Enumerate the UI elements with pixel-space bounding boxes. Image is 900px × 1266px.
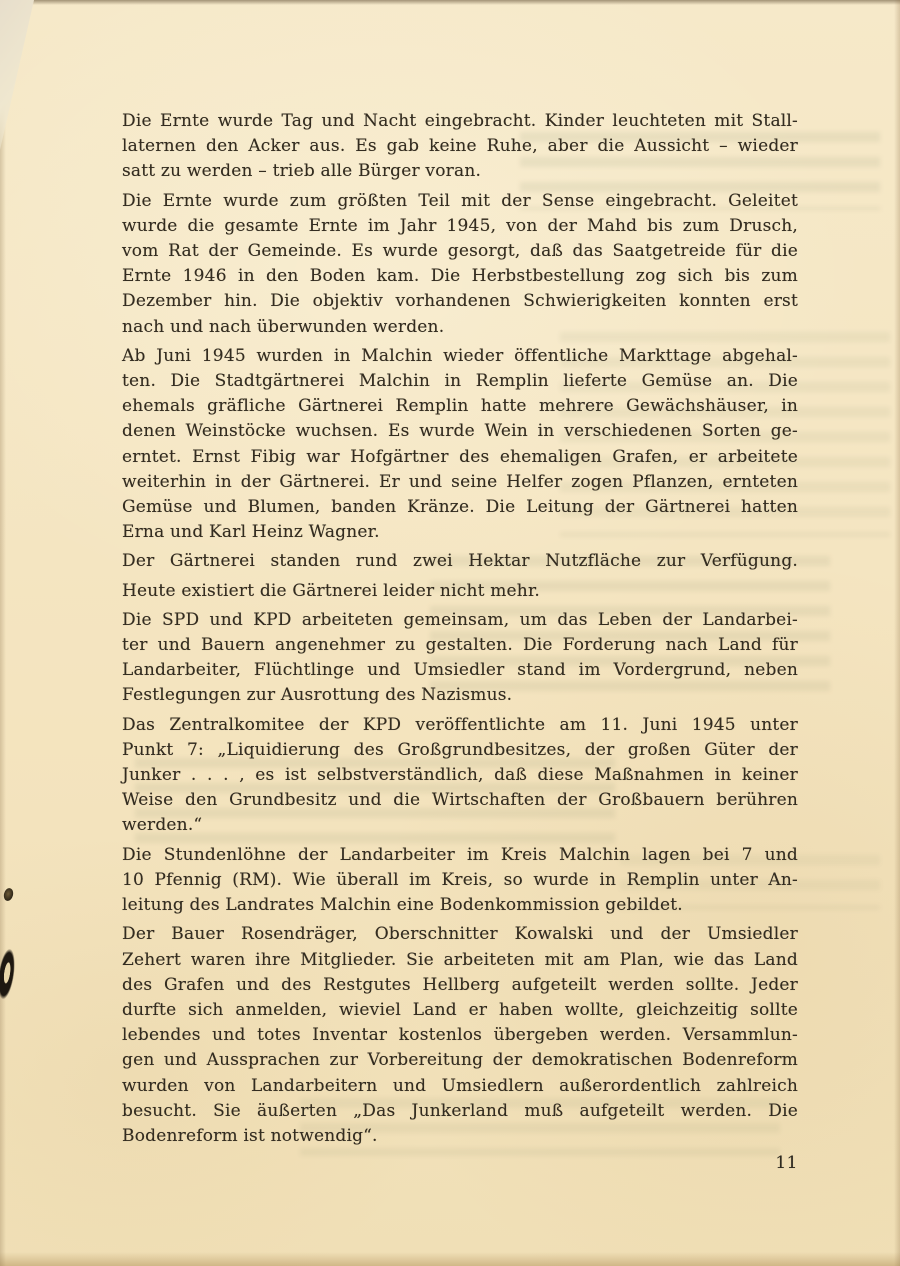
page-corner-fold — [0, 0, 34, 150]
text-line: Die Ernte wurde Tag und Nacht eingebrach… — [122, 109, 798, 134]
text-line: Der Bauer Rosendräger, Oberschnitter Kow… — [122, 922, 798, 947]
text-line: gen und Aussprachen zur Vorbereitung der… — [122, 1048, 798, 1073]
text-line: vom Rat der Gemeinde. Es wurde gesorgt, … — [122, 239, 798, 264]
text-block: Die Ernte wurde Tag und Nacht eingebrach… — [122, 109, 798, 1153]
text-line: nach und nach überwunden werden. — [122, 315, 798, 340]
text-line: 10 Pfennig (RM). Wie überall im Kreis, s… — [122, 868, 798, 893]
text-line: Die Ernte wurde zum größten Teil mit der… — [122, 189, 798, 214]
text-line: weiterhin in der Gärtnerei. Er und seine… — [122, 470, 798, 495]
text-line: erntet. Ernst Fibig war Hofgärtner des e… — [122, 445, 798, 470]
paragraph: Die Stundenlöhne der Landarbeiter im Kre… — [122, 843, 798, 919]
text-line: wurden von Landarbeitern und Umsiedlern … — [122, 1074, 798, 1099]
text-line: Festlegungen zur Ausrottung des Nazismus… — [122, 683, 798, 708]
text-line: lebendes und totes Inventar kostenlos üb… — [122, 1023, 798, 1048]
text-line: Gemüse und Blumen, banden Kränze. Die Le… — [122, 495, 798, 520]
text-line: Das Zentralkomitee der KPD veröffentlich… — [122, 713, 798, 738]
text-line: Heute existiert die Gärtnerei leider nic… — [122, 579, 798, 604]
text-line: laternen den Acker aus. Es gab keine Ruh… — [122, 134, 798, 159]
text-line: denen Weinstöcke wuchsen. Es wurde Wein … — [122, 419, 798, 444]
paragraph: Der Gärtnerei standen rund zwei Hektar N… — [122, 549, 798, 574]
text-line: ehemals gräfliche Gärtnerei Remplin hatt… — [122, 394, 798, 419]
paragraph: Die Ernte wurde Tag und Nacht eingebrach… — [122, 109, 798, 185]
paragraph: Die SPD und KPD arbeiteten gemeinsam, um… — [122, 608, 798, 709]
page-number: 11 — [122, 1153, 798, 1173]
scanned-book-page: { "colors": { "paper": "#f3e3be", "ink":… — [0, 0, 900, 1266]
text-line: satt zu werden – trieb alle Bürger voran… — [122, 159, 798, 184]
text-line: werden.“ — [122, 813, 798, 838]
text-line: Zehert waren ihre Mitglieder. Sie arbeit… — [122, 948, 798, 973]
paragraph: Der Bauer Rosendräger, Oberschnitter Kow… — [122, 922, 798, 1149]
text-line: Junker . . . , es ist selbstverständlich… — [122, 763, 798, 788]
text-line: Die Stundenlöhne der Landarbeiter im Kre… — [122, 843, 798, 868]
text-line: des Grafen und des Restgutes Hellberg au… — [122, 973, 798, 998]
text-line: ter und Bauern angenehmer zu gestalten. … — [122, 633, 798, 658]
paragraph: Die Ernte wurde zum größten Teil mit der… — [122, 189, 798, 340]
text-line: Landarbeiter, Flüchtlinge und Umsiedler … — [122, 658, 798, 683]
text-line: Weise den Grundbesitz und die Wirtschaft… — [122, 788, 798, 813]
text-line: Der Gärtnerei standen rund zwei Hektar N… — [122, 549, 798, 574]
page-edge-right — [894, 0, 900, 1266]
text-line: Bodenreform ist notwendig“. — [122, 1124, 798, 1149]
text-line: Erna und Karl Heinz Wagner. — [122, 520, 798, 545]
text-line: besucht. Sie äußerten „Das Junkerland mu… — [122, 1099, 798, 1124]
paragraph: Ab Juni 1945 wurden in Malchin wieder öf… — [122, 344, 798, 546]
text-line: ten. Die Stadtgärtnerei Malchin in Rempl… — [122, 369, 798, 394]
page-edge-left — [0, 0, 6, 1266]
text-line: wurde die gesamte Ernte im Jahr 1945, vo… — [122, 214, 798, 239]
paragraph: Das Zentralkomitee der KPD veröffentlich… — [122, 713, 798, 839]
text-line: Ernte 1946 in den Boden kam. Die Herbstb… — [122, 264, 798, 289]
text-line: durfte sich anmelden, wieviel Land er ha… — [122, 998, 798, 1023]
binding-ink-mark — [0, 941, 20, 1007]
text-line: leitung des Landrates Malchin eine Boden… — [122, 893, 798, 918]
page-edge-top — [0, 0, 900, 5]
staple-mark — [3, 887, 15, 902]
paragraph: Heute existiert die Gärtnerei leider nic… — [122, 579, 798, 604]
text-line: Dezember hin. Die objektiv vorhandenen S… — [122, 289, 798, 314]
text-line: Die SPD und KPD arbeiteten gemeinsam, um… — [122, 608, 798, 633]
text-line: Ab Juni 1945 wurden in Malchin wieder öf… — [122, 344, 798, 369]
page-edge-bottom — [0, 1252, 900, 1266]
text-line: Punkt 7: „Liquidierung des Großgrundbesi… — [122, 738, 798, 763]
